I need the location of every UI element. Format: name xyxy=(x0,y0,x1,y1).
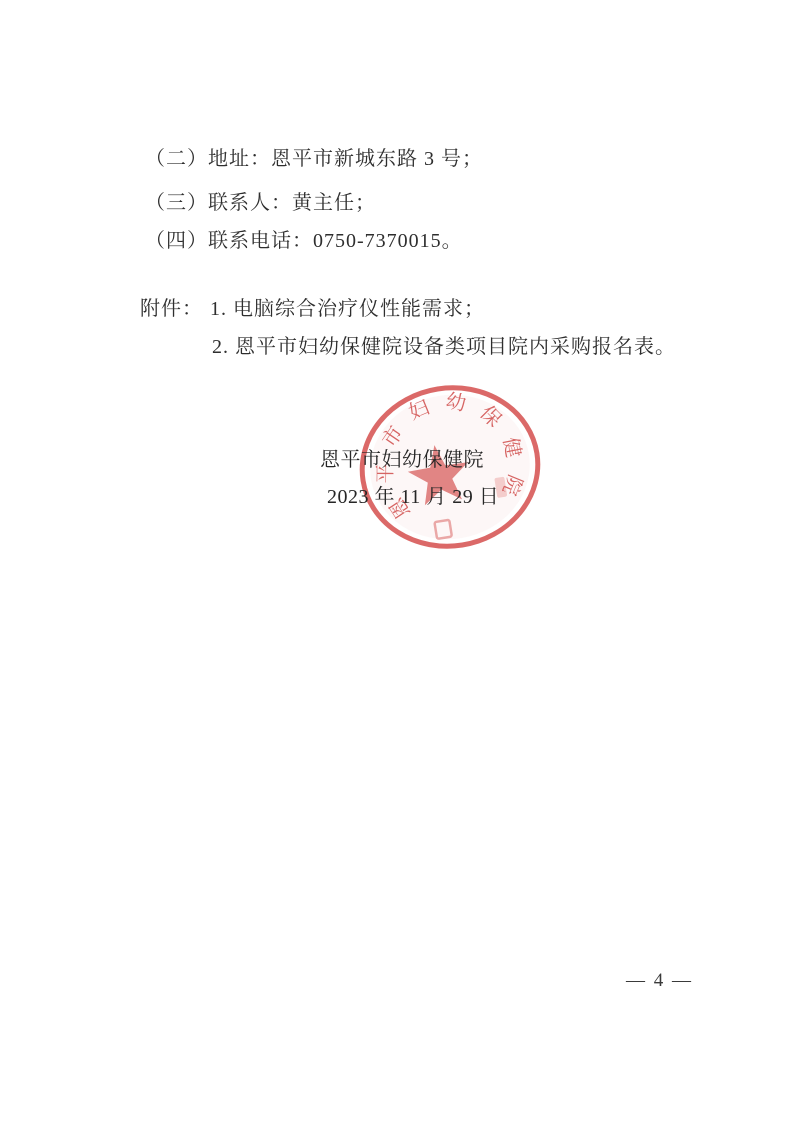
clause-line-contact: （三）联系人：黄主任； xyxy=(145,186,376,215)
clause-line-phone: （四）联系电话：0750-7370015。 xyxy=(145,224,463,253)
page-number: — 4 — xyxy=(626,970,693,992)
document-page: （二）地址：恩平市新城东路 3 号； （三）联系人：黄主任； （四）联系电话：0… xyxy=(0,0,794,1123)
attachment-label: 附件： xyxy=(140,292,203,321)
attachment-item-2: 2. 恩平市妇幼保健院设备类项目院内采购报名表。 xyxy=(212,330,676,359)
attachment-item-1: 1. 电脑综合治疗仪性能需求； xyxy=(210,292,485,321)
signature-organization: 恩平市妇幼保健院 xyxy=(320,443,484,472)
signature-date: 2023 年 11 月 29 日 xyxy=(327,480,499,509)
clause-line-address: （二）地址：恩平市新城东路 3 号； xyxy=(145,142,483,171)
